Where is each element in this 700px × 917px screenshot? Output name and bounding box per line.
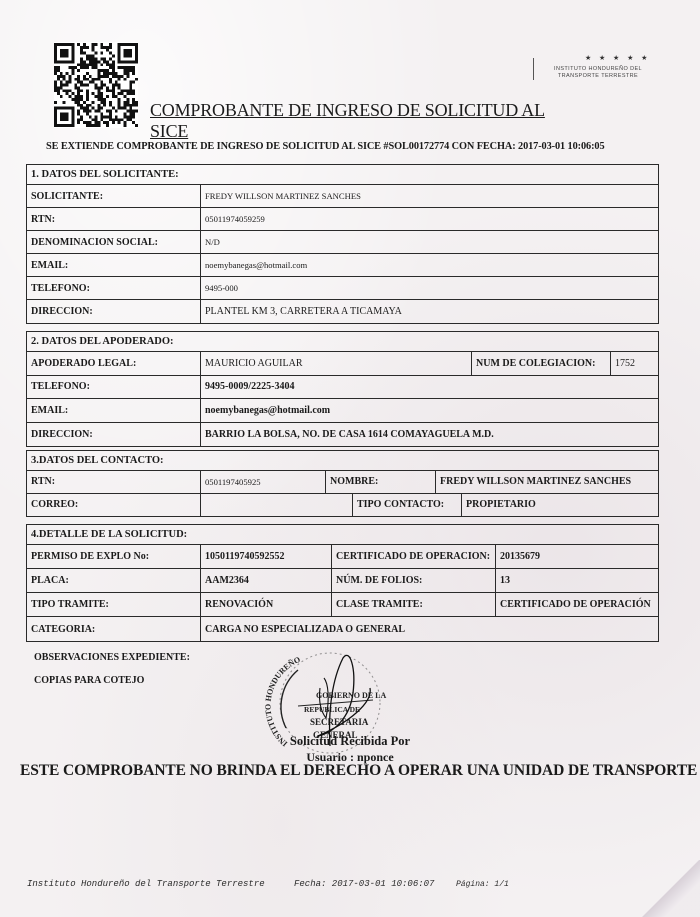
field-label: DENOMINACION SOCIAL: <box>27 231 201 253</box>
field-label: TELEFONO: <box>27 376 201 399</box>
field-label: SOLICITANTE: <box>27 185 201 207</box>
section-header: 3.DATOS DEL CONTACTO: <box>27 451 658 471</box>
correo-value <box>201 494 353 517</box>
logo-divider <box>533 58 534 80</box>
section-datos-contacto: 3.DATOS DEL CONTACTO: RTN: 0501197405925… <box>26 450 659 517</box>
document-title: COMPROBANTE DE INGRESO DE SOLICITUD AL S… <box>150 100 570 142</box>
section-header: 4.DETALLE DE LA SOLICITUD: <box>27 525 658 545</box>
certificado-value: 20135679 <box>496 545 658 568</box>
table-row: EMAIL: noemybanegas@hotmail.com <box>27 399 658 423</box>
field-label: RTN: <box>27 208 201 230</box>
email-value: noemybanegas@hotmail.com <box>201 399 658 422</box>
apoderado-value: MAURICIO AGUILAR <box>201 352 472 375</box>
nombre-value: FREDY WILLSON MARTINEZ SANCHES <box>436 471 658 493</box>
categoria-value: CARGA NO ESPECIALIZADA O GENERAL <box>201 617 658 641</box>
solicitud-recibida-label: Solicitud Recibida Por <box>200 734 500 749</box>
svg-text:REPUBLICA DE: REPUBLICA DE <box>304 705 360 714</box>
table-row: TIPO TRAMITE: RENOVACIÓN CLASE TRAMITE: … <box>27 593 658 617</box>
table-row: RTN: 0501197405925 NOMBRE: FREDY WILLSON… <box>27 471 658 494</box>
logo-text-line2: TRANSPORTE TERRESTRE <box>537 73 659 79</box>
observaciones-value: COPIAS PARA COTEJO <box>34 675 144 686</box>
telefono-value: 9495-0009/2225-3404 <box>201 376 658 399</box>
page-footer: Instituto Hondureño del Transporte Terre… <box>27 879 687 889</box>
rtn-value: 05011974059259 <box>201 208 658 230</box>
tipo-contacto-value: PROPIETARIO <box>462 494 658 517</box>
table-row: DIRECCION: PLANTEL KM 3, CARRETERA A TIC… <box>27 300 658 323</box>
stars-icon: ★ ★ ★ ★ ★ <box>585 54 650 62</box>
field-label: CORREO: <box>27 494 201 517</box>
footer-page-number: Página: 1/1 <box>456 880 509 889</box>
table-row: SOLICITANTE: FREDY WILLSON MARTINEZ SANC… <box>27 185 658 208</box>
table-row: APODERADO LEGAL: MAURICIO AGUILAR NUM DE… <box>27 352 658 376</box>
colegiacion-value: 1752 <box>611 352 658 375</box>
institution-logo: ★ ★ ★ ★ ★ INSTITUTO HONDUREÑO DEL TRANSP… <box>533 54 663 88</box>
table-row: CATEGORIA: CARGA NO ESPECIALIZADA O GENE… <box>27 617 658 641</box>
direccion-value: PLANTEL KM 3, CARRETERA A TICAMAYA <box>201 300 658 323</box>
telefono-value: 9495-000 <box>201 277 658 299</box>
field-label: TIPO CONTACTO: <box>353 494 462 517</box>
field-label: NOMBRE: <box>326 471 436 493</box>
document-subtitle: SE EXTIENDE COMPROBANTE DE INGRESO DE SO… <box>46 141 686 152</box>
section-header: 2. DATOS DEL APODERADO: <box>27 332 658 352</box>
placa-value: AAM2364 <box>201 569 332 592</box>
paper-fold-corner <box>640 860 700 917</box>
field-label: NUM DE COLEGIACION: <box>472 352 611 375</box>
section-datos-apoderado: 2. DATOS DEL APODERADO: APODERADO LEGAL:… <box>26 331 659 447</box>
table-row: TELEFONO: 9495-000 <box>27 277 658 300</box>
field-label: APODERADO LEGAL: <box>27 352 201 375</box>
section-detalle-solicitud: 4.DETALLE DE LA SOLICITUD: PERMISO DE EX… <box>26 524 659 642</box>
field-label: CLASE TRAMITE: <box>332 593 496 616</box>
tipo-tramite-value: RENOVACIÓN <box>201 593 332 616</box>
permiso-value: 1050119740592552 <box>201 545 332 568</box>
footer-institution: Instituto Hondureño del Transporte Terre… <box>27 879 294 889</box>
field-label: PERMISO DE EXPLO No: <box>27 545 201 568</box>
table-row: RTN: 05011974059259 <box>27 208 658 231</box>
field-label: TELEFONO: <box>27 277 201 299</box>
field-label: DIRECCION: <box>27 300 201 323</box>
email-value: noemybanegas@hotmail.com <box>201 254 658 276</box>
denominacion-value: N/D <box>201 231 658 253</box>
qr-code-icon <box>54 42 138 128</box>
field-label: NÚM. DE FOLIOS: <box>332 569 496 592</box>
section-datos-solicitante: 1. DATOS DEL SOLICITANTE: SOLICITANTE: F… <box>26 164 659 324</box>
field-label: DIRECCION: <box>27 423 201 447</box>
field-label: RTN: <box>27 471 201 493</box>
rtn-value: 0501197405925 <box>201 471 326 493</box>
field-label: EMAIL: <box>27 399 201 422</box>
table-row: DENOMINACION SOCIAL: N/D <box>27 231 658 254</box>
direccion-value: BARRIO LA BOLSA, NO. DE CASA 1614 COMAYA… <box>201 423 658 447</box>
field-label: CATEGORIA: <box>27 617 201 641</box>
svg-text:GOBIERNO DE LA: GOBIERNO DE LA <box>316 691 386 700</box>
logo-text-line1: INSTITUTO HONDUREÑO DEL <box>537 66 659 72</box>
section-header: 1. DATOS DEL SOLICITANTE: <box>27 165 658 185</box>
table-row: EMAIL: noemybanegas@hotmail.com <box>27 254 658 277</box>
field-label: PLACA: <box>27 569 201 592</box>
observaciones-label: OBSERVACIONES EXPEDIENTE: <box>34 652 190 663</box>
clase-tramite-value: CERTIFICADO DE OPERACIÓN <box>496 593 658 616</box>
field-label: CERTIFICADO DE OPERACION: <box>332 545 496 568</box>
table-row: DIRECCION: BARRIO LA BOLSA, NO. DE CASA … <box>27 423 658 447</box>
field-label: TIPO TRAMITE: <box>27 593 201 616</box>
disclaimer-text: ESTE COMPROBANTE NO BRINDA EL DERECHO A … <box>20 762 700 780</box>
field-label: EMAIL: <box>27 254 201 276</box>
footer-date: Fecha: 2017-03-01 10:06:07 <box>294 879 436 889</box>
table-row: PLACA: AAM2364 NÚM. DE FOLIOS: 13 <box>27 569 658 593</box>
table-row: TELEFONO: 9495-0009/2225-3404 <box>27 376 658 400</box>
table-row: PERMISO DE EXPLO No: 1050119740592552 CE… <box>27 545 658 569</box>
table-row: CORREO: TIPO CONTACTO: PROPIETARIO <box>27 494 658 517</box>
solicitante-value: FREDY WILLSON MARTINEZ SANCHES <box>201 185 658 207</box>
folios-value: 13 <box>496 569 658 592</box>
